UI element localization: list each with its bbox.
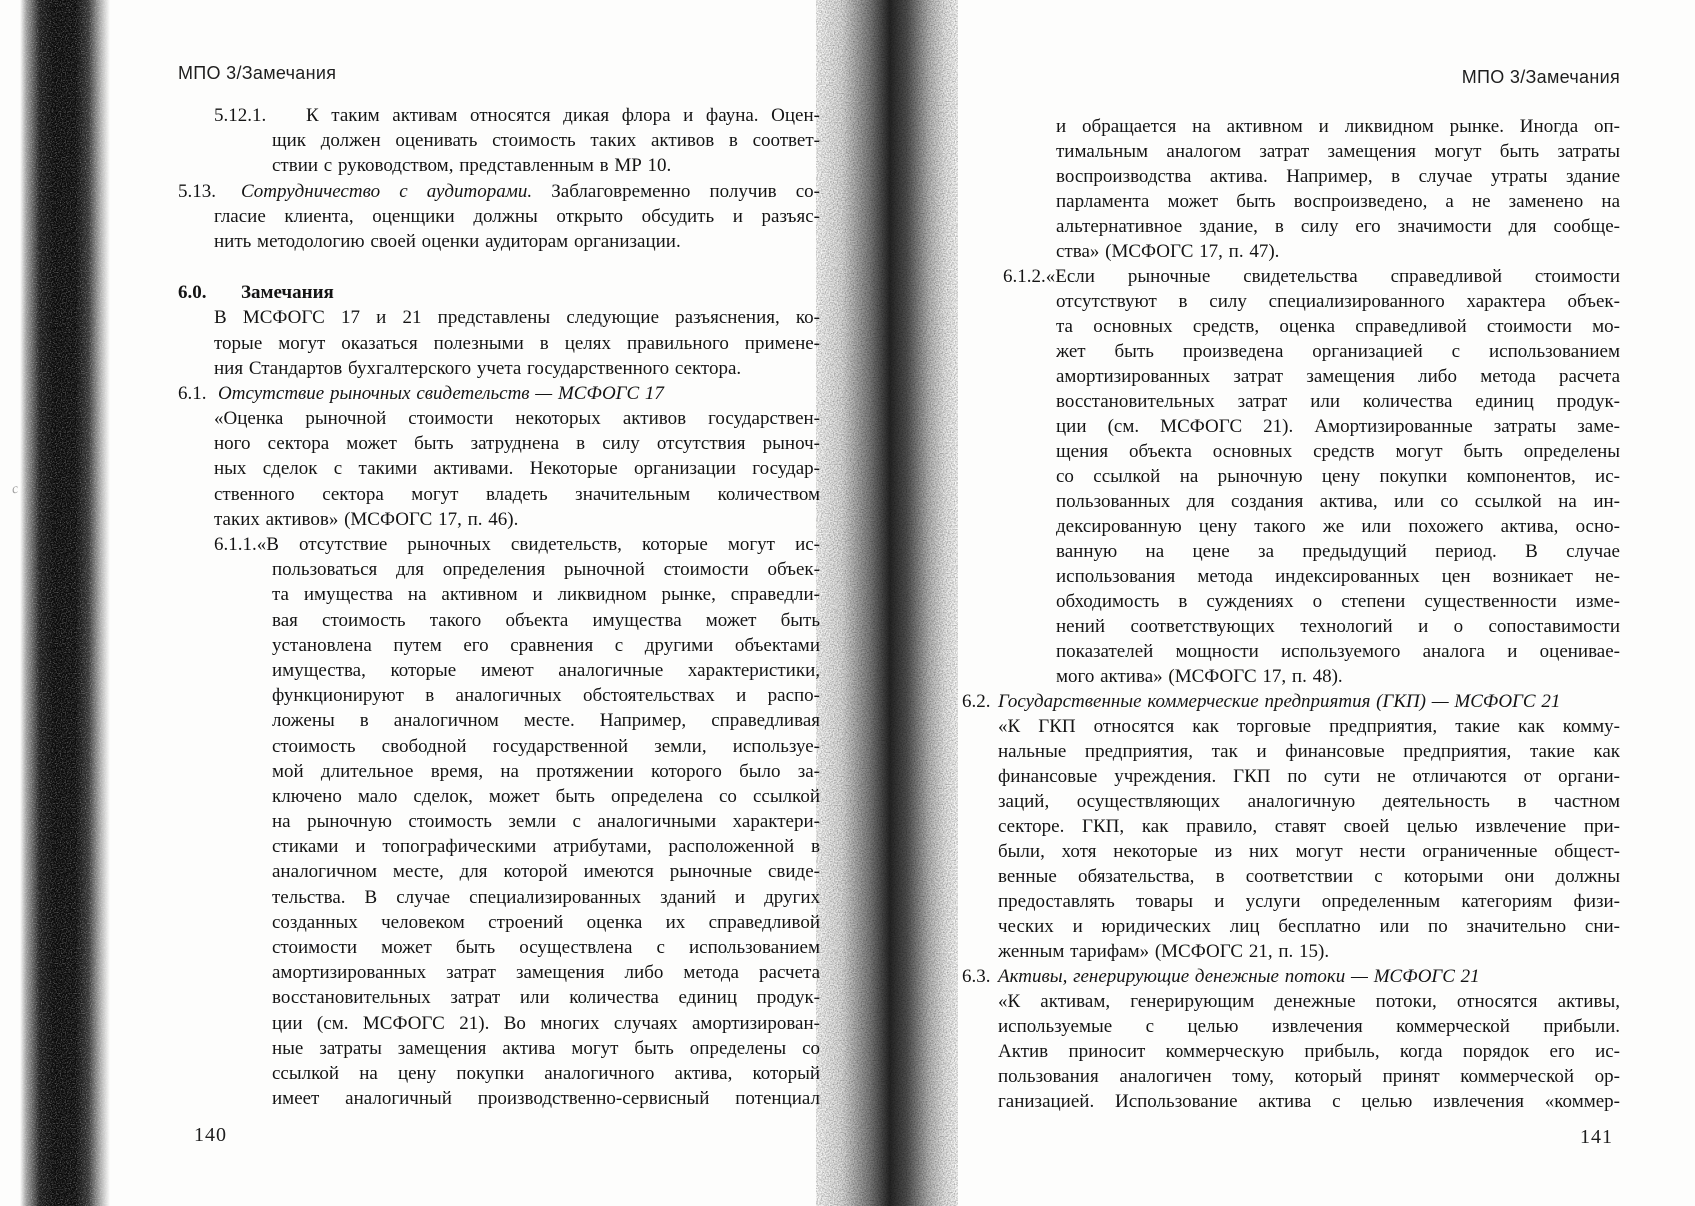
text-line: ванную на цене за предыдущий период. В с…: [1056, 539, 1620, 564]
text-line: ческих и юридических лиц бесплатно или п…: [998, 914, 1620, 939]
paragraph-first-line: 6.1.2. «Если рыночные свидетельства спра…: [1003, 264, 1620, 289]
text-line: В МСФОГС 17 и 21 представлены следующие …: [214, 305, 820, 330]
page-header: МПО 3/Замечания: [962, 66, 1620, 88]
margin-mark: с: [10, 482, 19, 499]
paragraph-first-line: 5.13. Сотрудничество с аудиторами. Забла…: [178, 179, 820, 204]
text-line: гласие клиента, оценщики должны открыто …: [214, 204, 820, 229]
text-line: аналогичном месте, для которой имеются р…: [272, 859, 820, 884]
text-line: «К ГКП относятся как торговые предприяти…: [998, 714, 1620, 739]
text-run: Заблаговременно получив со-: [551, 181, 820, 202]
text-line: со ссылкой на рыночную цену покупки комп…: [1056, 464, 1620, 489]
text-line: показателей мощности используемого анало…: [1056, 639, 1620, 664]
left-page: МПО 3/Замечания 5.12.1. К таким активам …: [178, 62, 820, 1111]
item-number: 5.12.1.: [214, 103, 306, 128]
text-line: секторе. ГКП, как правило, ставят своей …: [998, 814, 1620, 839]
section-title-row: 6.2. Государственные коммерческие предпр…: [962, 689, 1620, 714]
paragraph-first-line: 5.12.1. К таким активам относятся дикая …: [214, 103, 820, 128]
text-line: пользованных для создания актива, или со…: [1056, 489, 1620, 514]
text-line: таких активов» (МСФОГС 17, п. 46).: [214, 507, 820, 532]
text-line: дексированную цену такого же или похожег…: [1056, 514, 1620, 539]
right-page: МПО 3/Замечания и обращается на активном…: [962, 66, 1620, 1114]
page-body: и обращается на активном и ликвидном рын…: [962, 114, 1620, 1114]
text-line: восстановительных затрат или количества …: [272, 985, 820, 1010]
text-line: амортизированных затрат замещения либо м…: [1056, 364, 1620, 389]
grain-texture: [20, 0, 110, 1206]
text-line: ния Стандартов бухгалтерского учета госу…: [214, 356, 820, 381]
text-line: мого актива» (МСФОГС 17, п. 48).: [1056, 664, 1620, 689]
page-body: 5.12.1. К таким активам относятся дикая …: [178, 103, 820, 1111]
text-line: торые могут оказаться полезными в целях …: [214, 331, 820, 356]
text-line: имеет аналогичный производственно-сервис…: [272, 1086, 820, 1111]
text-line: ствии с руководством, представленным в М…: [272, 153, 820, 178]
section-heading-row: 6.0. Замечания: [178, 280, 820, 305]
text-line: установлена путем его сравнения с другим…: [272, 633, 820, 658]
text-line: ции (см. МСФОГС 21). Во многих случаях а…: [272, 1011, 820, 1036]
text-line: и обращается на активном и ликвидном рын…: [1056, 114, 1620, 139]
text-line: ного сектора может быть затруднена в сил…: [214, 431, 820, 456]
text-line: предоставлять товары и услуги определенн…: [998, 889, 1620, 914]
text-line: «Если рыночные свидетельства справедливо…: [1046, 264, 1620, 289]
book-gutter-shadow: [816, 0, 958, 1206]
text-line: щения объекта основных средств могут быт…: [1056, 439, 1620, 464]
text-line: нить методологию своей оценки аудиторам …: [214, 229, 820, 254]
grain-texture: [816, 0, 958, 1206]
text-line: «В отсутствие рыночных свидетельств, кот…: [257, 532, 820, 557]
text-line: женным тарифам» (МСФОГС 21, п. 15).: [998, 939, 1620, 964]
text-line: парламента может быть воспроизведено, а …: [1056, 189, 1620, 214]
item-number: 6.1.1.: [214, 532, 257, 557]
section-title: Активы, генерирующие денежные потоки — М…: [998, 964, 1620, 989]
text-line: вая стоимость такого объекта имущества м…: [272, 608, 820, 633]
text-line: стиками и топографическими атрибутами, р…: [272, 834, 820, 859]
item-number: 5.13.: [178, 179, 241, 204]
text-line: ные затраты замещения актива могут быть …: [272, 1036, 820, 1061]
text-line: та основных средств, оценка справедливой…: [1056, 314, 1620, 339]
text-line: созданных человеком строений оценка их с…: [272, 910, 820, 935]
section-number: 6.1.: [178, 381, 218, 406]
text-line: стоимость свободной государственной земл…: [272, 734, 820, 759]
text-line: обходимость в суждениях о степени сущест…: [1056, 589, 1620, 614]
section-title: Государственные коммерческие предприятия…: [998, 689, 1620, 714]
text-line: жет быть произведена организацией с испо…: [1056, 339, 1620, 364]
page-header: МПО 3/Замечания: [178, 62, 820, 84]
text-line: ключено мало сделок, может быть определе…: [272, 784, 820, 809]
text-line: щик должен оценивать стоимость таких акт…: [272, 128, 820, 153]
text-line: «Оценка рыночной стоимости некоторых акт…: [214, 406, 820, 431]
text-line: амортизированных затрат замещения либо м…: [272, 960, 820, 985]
text-line: ганизацией. Использование актива с целью…: [998, 1089, 1620, 1114]
text-line: функционируют в аналогичных обстоятельст…: [272, 683, 820, 708]
book-edge-shadow: [20, 0, 110, 1206]
text-line: ственного сектора могут владеть значител…: [214, 482, 820, 507]
text-line: венные обязательства, в соответствии с к…: [998, 864, 1620, 889]
text-line: используемые с целью извлечения коммерче…: [998, 1014, 1620, 1039]
text-line: ства» (МСФОГС 17, п. 47).: [1056, 239, 1620, 264]
section-title-row: 6.3. Активы, генерирующие денежные поток…: [962, 964, 1620, 989]
section-title: Отсутствие рыночных свидетельств — МСФОГ…: [218, 381, 820, 406]
section-heading: Замечания: [241, 280, 820, 305]
page-number: 140: [194, 1124, 227, 1147]
section-number: 6.3.: [962, 964, 998, 989]
text-line: та имущества на активном и ликвидном рын…: [272, 582, 820, 607]
text-line: восстановительных затрат или количества …: [1056, 389, 1620, 414]
text-line: на рыночную стоимость земли с аналогичны…: [272, 809, 820, 834]
text-line: ложены в аналогичном месте. Например, сп…: [272, 708, 820, 733]
text-line: ссылкой на цену покупки аналогичного акт…: [272, 1061, 820, 1086]
paragraph-first-line: 6.1.1. «В отсутствие рыночных свидетельс…: [214, 532, 820, 557]
text-line: отсутствуют в силу специализированного х…: [1056, 289, 1620, 314]
text-line: К таким активам относятся дикая флора и …: [306, 103, 820, 128]
text-line: пользования аналогичен тому, который при…: [998, 1064, 1620, 1089]
text-line: были, хотя некоторые из них могут нести …: [998, 839, 1620, 864]
text-line: нений соответствующих технологий и о соп…: [1056, 614, 1620, 639]
section-title-row: 6.1. Отсутствие рыночных свидетельств — …: [178, 381, 820, 406]
text-line: тимальным аналогом затрат замещения могу…: [1056, 139, 1620, 164]
text-line: заций, осуществляющих аналогичную деятел…: [998, 789, 1620, 814]
text-line: воспроизводства актива. Например, в случ…: [1056, 164, 1620, 189]
text-line: тельства. В случае специализированных зд…: [272, 885, 820, 910]
text-line: пользоваться для определения рыночной ст…: [272, 557, 820, 582]
text-line: ных сделок с такими активами. Некоторые …: [214, 456, 820, 481]
section-number: 6.0.: [178, 280, 241, 305]
item-number: 6.1.2.: [1003, 264, 1046, 289]
section-number: 6.2.: [962, 689, 998, 714]
text-line: использования метода индексированных цен…: [1056, 564, 1620, 589]
text-line: имущества, которые имеют аналогичные хар…: [272, 658, 820, 683]
text-line: финансовые учреждения. ГКП по сути не от…: [998, 764, 1620, 789]
text-line: Сотрудничество с аудиторами. Заблаговрем…: [241, 179, 820, 204]
text-line: «К активам, генерирующим денежные потоки…: [998, 989, 1620, 1014]
run-in-title: Сотрудничество с аудиторами.: [241, 181, 532, 202]
text-line: альтернативное здание, в силу его значим…: [1056, 214, 1620, 239]
text-line: Актив приносит коммерческую прибыль, ког…: [998, 1039, 1620, 1064]
text-line: стоимости может быть осуществлена с испо…: [272, 935, 820, 960]
page-number: 141: [1580, 1126, 1613, 1149]
text-line: мой длительное время, на протяжении кото…: [272, 759, 820, 784]
text-line: нальные предприятия, так и финансовые пр…: [998, 739, 1620, 764]
text-line: ции (см. МСФОГС 21). Амортизированные за…: [1056, 414, 1620, 439]
